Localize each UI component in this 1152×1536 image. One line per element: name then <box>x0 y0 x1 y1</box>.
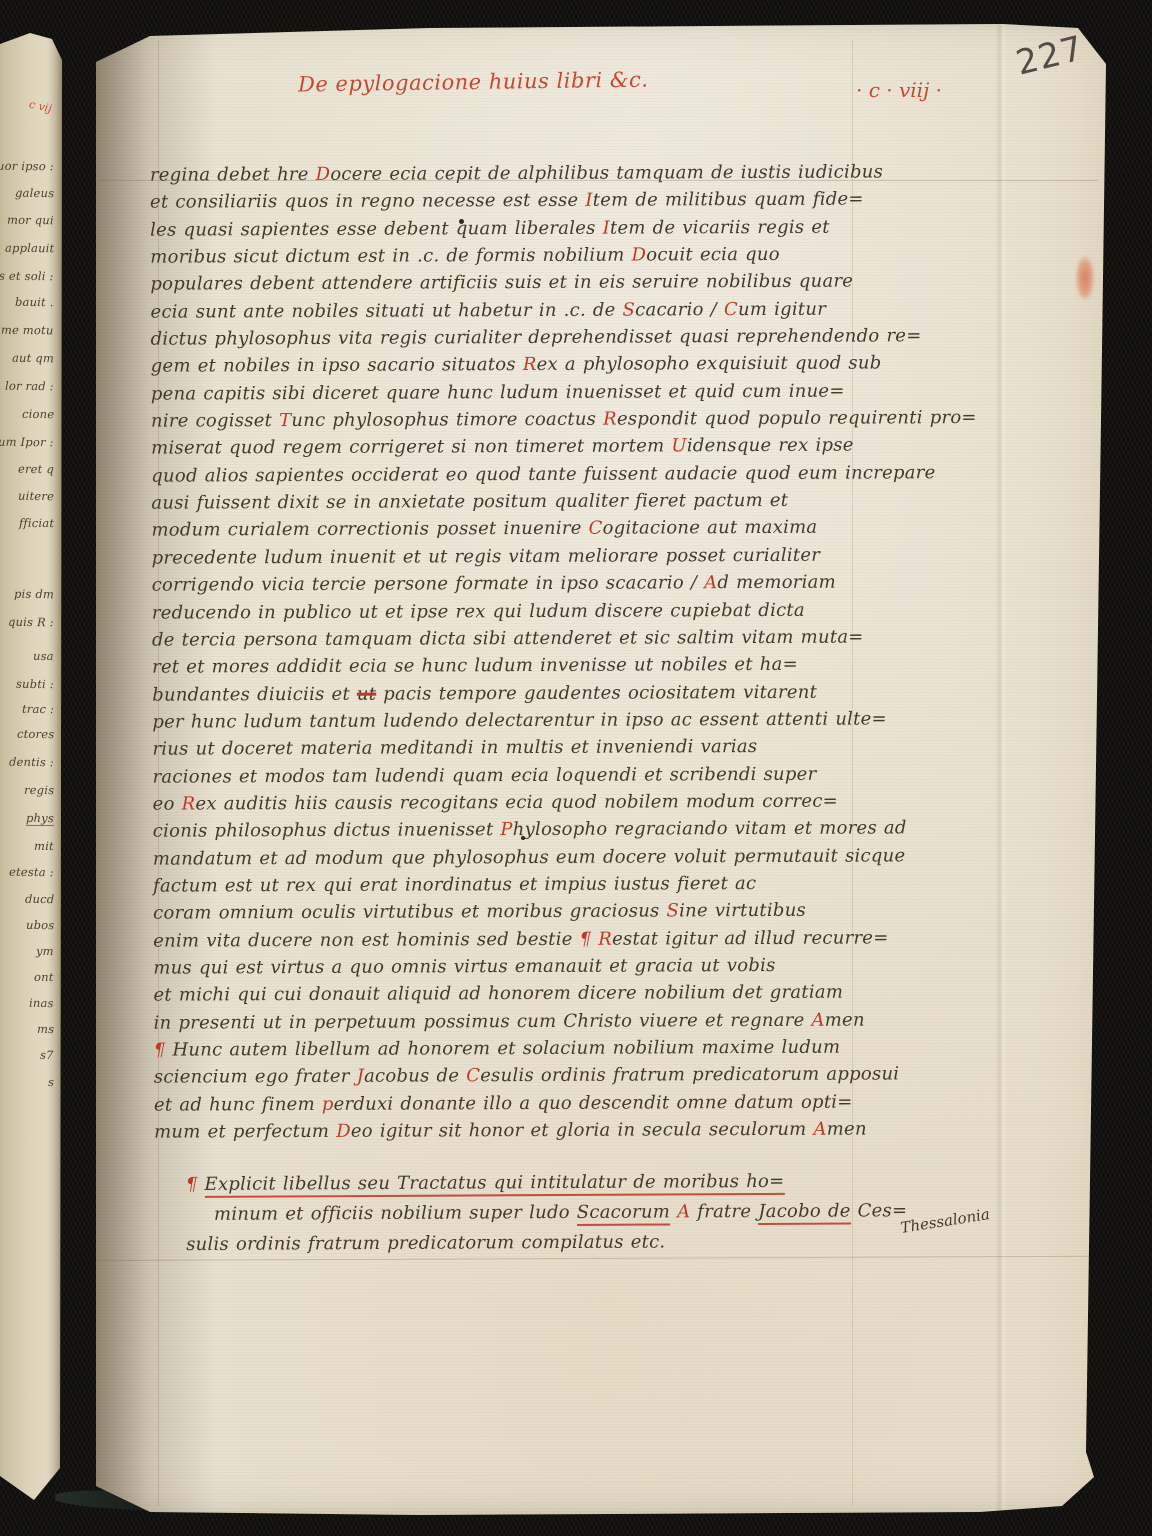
text-line: cionis philosophus dictus inuenisset Phy… <box>153 815 905 846</box>
text-segment: ocuit ecia quo <box>646 244 780 266</box>
margin-fragment: ms <box>37 1023 54 1035</box>
text-line: precedente ludum inuenit et ut regis vit… <box>152 541 904 572</box>
ink-dot <box>521 836 525 840</box>
text-line: et ad hunc finem perduxi donante illo a … <box>154 1088 906 1119</box>
chapter-number: · c · viij · <box>856 78 942 102</box>
rubric-mark: D <box>631 245 646 266</box>
margin-fragment: fficiat <box>19 517 54 529</box>
margin-fragment: phys <box>26 812 54 826</box>
rubric-mark: R <box>603 409 617 430</box>
text-segment: ex a phylosopho exquisiuit quod sub <box>537 353 882 376</box>
text-segment: acobus de <box>364 1066 466 1087</box>
rubric-mark: A <box>677 1201 690 1222</box>
manuscript-photo: c vij uor ipso :galeusmor quiapplauits e… <box>0 0 1152 1536</box>
text-segment: coram omnium oculis virtutibus et moribu… <box>153 901 666 924</box>
text-line: nire cogisset Tunc phylosophus timore co… <box>151 404 903 435</box>
rubric-mark: D <box>316 164 331 185</box>
text-segment: bundantes diuiciis et <box>152 683 357 705</box>
text-segment: les quasi sapientes esse debent quam lib… <box>150 217 603 240</box>
text-segment: erduxi donante illo a quo descendit omne… <box>334 1091 853 1114</box>
text-line: coram omnium oculis virtutibus et moribu… <box>153 897 905 928</box>
text-line: per hunc ludum tantum ludendo delectaren… <box>152 705 904 736</box>
text-segment: sulis ordinis fratrum predicatorum compi… <box>186 1231 665 1255</box>
text-line: gem et nobiles in ipso sacario situatos … <box>151 350 903 381</box>
margin-fragment: s <box>48 1076 54 1088</box>
text-segment: gem et nobiles in ipso sacario situatos <box>151 354 523 377</box>
ink-dot <box>459 219 464 224</box>
margin-fragment: subti : <box>16 678 54 690</box>
margin-fragment: aut qm <box>12 352 54 364</box>
explicit-line: sulis ordinis fratrum predicatorum compi… <box>186 1226 946 1260</box>
text-segment: corrigendo vicia tercie persone formate … <box>152 572 705 595</box>
rubric-mark: ¶ <box>186 1174 205 1195</box>
text-segment: cionis philosophus dictus inuenisset <box>153 819 501 842</box>
text-segment: ex auditis hiis causis recogitans ecia q… <box>195 791 838 815</box>
text-line: eo Rex auditis hiis causis recogitans ec… <box>153 787 905 818</box>
rubric-mark: T <box>279 410 291 431</box>
text-segment: per hunc ludum tantum ludendo delectaren… <box>152 708 887 732</box>
text-segment: raciones et modos tam ludendi quam ecia … <box>152 763 816 787</box>
text-line: regina debet hre Docere ecia cepit de al… <box>150 158 902 189</box>
text-segment: rius ut doceret materia meditandi in mul… <box>152 736 757 760</box>
text-segment: populares debent attendere artificiis su… <box>150 271 853 295</box>
margin-fragment: applauit <box>5 242 55 255</box>
red-smudge <box>1076 256 1094 300</box>
text-segment: Jacobo de <box>758 1201 850 1225</box>
text-line: mus qui est virtus a quo omnis virtus em… <box>153 951 905 982</box>
rubric-mark: S <box>622 299 635 320</box>
text-segment: factum est ut rex qui erat inordinatus e… <box>153 873 756 897</box>
folio-number: 227 <box>1012 28 1088 83</box>
text-line: miserat quod regem corrigeret si non tim… <box>151 432 903 463</box>
text-segment: pacis tempore gaudentes ociositatem vita… <box>376 681 817 704</box>
rubric-mark: R <box>523 354 537 375</box>
margin-fragment: ym <box>36 945 54 957</box>
previous-page-corner-mark: c vij <box>28 98 53 115</box>
text-segment: et michi qui cui donauit aliquid ad hono… <box>153 982 843 1006</box>
text-segment: ecia sunt ante nobiles situati ut habetu… <box>150 299 622 322</box>
rubric-mark: D <box>336 1121 351 1142</box>
text-segment: ut <box>357 683 376 704</box>
text-segment: tem de militibus quam fide= <box>593 189 864 211</box>
text-line: les quasi sapientes esse debent quam lib… <box>150 213 902 244</box>
text-line: et michi qui cui donauit aliquid ad hono… <box>153 979 905 1010</box>
margin-fragment: s et soli : <box>0 270 54 283</box>
margin-fragment: ubos <box>26 919 55 931</box>
text-line: raciones et modos tam ludendi quam ecia … <box>152 760 904 791</box>
text-segment: esulis ordinis fratrum predicatorum appo… <box>480 1064 899 1087</box>
text-segment: eo igitur sit honor et gloria in secula … <box>351 1119 814 1142</box>
margin-fragment: usa <box>33 650 54 662</box>
text-segment: pena capitis sibi diceret quare hunc lud… <box>151 380 845 404</box>
rubric-mark: ¶ <box>154 1040 173 1061</box>
text-line: de tercia persona tamquam dicta sibi att… <box>152 623 904 654</box>
text-segment: mandatum et ad modum que phylosophus eum… <box>153 845 906 869</box>
margin-fragment: um Ipor : <box>0 436 54 449</box>
rubric-mark: S <box>666 901 679 922</box>
text-line: ¶ Hunc autem libellum ad honorem et sola… <box>154 1033 906 1064</box>
explicit-block: ¶ Explicit libellus seu Tractatus qui in… <box>186 1166 946 1260</box>
text-line: reducendo in publico ut et ipse rex qui … <box>152 596 904 627</box>
margin-fragment: ime motu <box>0 324 54 337</box>
rubric-mark: I <box>603 217 610 238</box>
text-line: moribus sicut dictum est in .c. de formi… <box>150 240 902 271</box>
text-segment: modum curialem correctionis posset inuen… <box>151 518 588 541</box>
text-line: et consiliariis quos in regno necesse es… <box>150 186 902 217</box>
text-segment: quod alios sapientes occiderat eo quod t… <box>151 462 935 486</box>
text-segment: sciencium ego frater <box>154 1066 357 1088</box>
text-segment: de tercia persona tamquam dicta sibi att… <box>152 626 864 650</box>
text-segment: nire cogisset <box>151 410 279 432</box>
text-line: ecia sunt ante nobiles situati ut habetu… <box>150 295 902 326</box>
text-line: bundantes diuiciis et ut pacis tempore g… <box>152 678 904 709</box>
rubric-mark: C <box>466 1066 480 1087</box>
text-segment: enim vita ducere non est hominis sed bes… <box>153 928 579 951</box>
rubric-mark: I <box>585 190 592 211</box>
text-segment: Scacorum <box>577 1201 670 1225</box>
rubric-mark: P <box>500 819 512 840</box>
text-segment: um igitur <box>738 298 826 319</box>
text-segment: in presenti ut in perpetuum possimus cum… <box>154 1009 812 1033</box>
rubric-mark: R <box>598 928 612 949</box>
text-line: quod alios sapientes occiderat eo quod t… <box>151 459 903 490</box>
text-segment: ret et mores addidit ecia se hunc ludum … <box>152 654 798 678</box>
text-segment: estat igitur ad illud recurre= <box>612 927 889 949</box>
margin-fragment: etesta : <box>9 866 54 878</box>
margin-fragment: dentis : <box>9 756 54 768</box>
text-segment: mus qui est virtus a quo omnis virtus em… <box>153 955 775 979</box>
previous-page-edge: c vij uor ipso :galeusmor quiapplauits e… <box>0 0 66 1536</box>
text-segment: tem de vicariis regis et <box>610 216 830 238</box>
text-segment: mum et perfectum <box>154 1121 336 1143</box>
margin-fragment: ctores <box>17 728 55 740</box>
text-segment: precedente ludum inuenit et ut regis vit… <box>152 545 821 569</box>
text-segment: cacario / <box>635 299 724 320</box>
text-line: modum curialem correctionis posset inuen… <box>151 514 903 545</box>
text-segment: ausi fuissent dixit se in anxietate posi… <box>151 490 788 514</box>
margin-fragment: lor rad : <box>5 380 54 393</box>
rubric-mark: C <box>589 518 603 539</box>
text-segment: regina debet hre <box>150 164 316 186</box>
text-segment: men <box>827 1119 867 1140</box>
text-segment: espondit quod populo requirenti pro= <box>617 407 977 430</box>
margin-fragment: mit <box>34 840 54 852</box>
margin-fragment: mor qui <box>7 214 54 226</box>
text-segment: ine virtutibus <box>679 900 806 922</box>
margin-fragment: trac : <box>22 703 54 715</box>
text-line: in presenti ut in perpetuum possimus cum… <box>154 1006 906 1037</box>
text-segment: ocere ecia cepit de alphilibus tamquam d… <box>330 161 883 184</box>
text-line: ret et mores addidit ecia se hunc ludum … <box>152 651 904 682</box>
margin-fragment: galeus <box>15 187 54 199</box>
rubric-mark: A <box>813 1119 826 1140</box>
rubric-mark: C <box>724 299 738 320</box>
text-segment: eo <box>153 793 182 814</box>
text-line: enim vita ducere non est hominis sed bes… <box>153 924 905 955</box>
rubric-mark: U <box>671 436 687 457</box>
explicit-line: ¶ Explicit libellus seu Tractatus qui in… <box>186 1166 946 1200</box>
margin-fragment: quis R : <box>8 616 54 628</box>
text-segment: men <box>825 1009 865 1030</box>
running-title: De epylogacione huius libri &c. <box>298 68 649 97</box>
margin-fragment: uitere <box>18 490 54 502</box>
text-segment: miserat quod regem corrigeret si non tim… <box>151 436 671 459</box>
text-segment: unc phylosophus timore coactus <box>291 409 603 431</box>
text-segment: Explicit libellus seu Tractatus qui inti… <box>204 1171 784 1198</box>
text-line: populares debent attendere artificiis su… <box>150 268 902 299</box>
rubric-mark: A <box>704 572 717 593</box>
text-line: mandatum et ad modum que phylosophus eum… <box>153 842 905 873</box>
margin-fragment: bauit . <box>15 296 54 308</box>
text-segment: fratre <box>690 1201 758 1222</box>
text-line: corrigendo vicia tercie persone formate … <box>152 569 904 600</box>
text-segment: dictus phylosophus vita regis curialiter… <box>151 325 922 349</box>
text-segment: d memoriam <box>717 572 836 594</box>
margin-fragment: s7 <box>40 1049 54 1061</box>
text-segment: minum et officiis nobilium super ludo <box>214 1202 577 1225</box>
text-line: pena capitis sibi diceret quare hunc lud… <box>151 377 903 408</box>
text-segment: reducendo in publico ut et ipse rex qui … <box>152 599 805 623</box>
text-segment: ogitacione aut maxima <box>603 517 818 539</box>
text-line: sciencium ego frater Jacobus de Cesulis … <box>154 1061 906 1092</box>
text-segment: et ad hunc finem <box>154 1094 322 1116</box>
manuscript-page: De epylogacione huius libri &c. · c · vi… <box>0 0 1152 1536</box>
text-segment: moribus sicut dictum est in .c. de formi… <box>150 245 631 268</box>
margin-fragment: pis dm <box>14 588 54 600</box>
text-line: ausi fuissent dixit se in anxietate posi… <box>151 486 903 517</box>
text-line: factum est ut rex qui erat inordinatus e… <box>153 869 905 900</box>
margin-fragment: inas <box>29 997 54 1009</box>
rubric-mark: R <box>182 793 196 814</box>
margin-fragment: ducd <box>25 893 54 905</box>
margin-fragment: eret q <box>18 463 54 475</box>
main-text-block: regina debet hre Docere ecia cepit de al… <box>150 158 906 1146</box>
text-segment: idensque rex ipse <box>687 435 854 457</box>
text-line: rius ut doceret materia meditandi in mul… <box>152 733 904 764</box>
text-line: dictus phylosophus vita regis curialiter… <box>151 322 903 353</box>
text-segment: et consiliariis quos in regno necesse es… <box>150 190 585 213</box>
text-line: mum et perfectum Deo igitur sit honor et… <box>154 1115 906 1146</box>
margin-fragment: uor ipso : <box>0 160 54 173</box>
explicit-line: minum et officiis nobilium super ludo Sc… <box>214 1196 946 1230</box>
rubric-mark: A <box>811 1009 824 1030</box>
text-segment: hylosopho regraciando vitam et mores ad <box>513 818 907 841</box>
rubric-mark: p <box>322 1094 334 1115</box>
margin-fragment: regis <box>24 784 54 796</box>
margin-fragment: cione <box>22 408 54 420</box>
margin-fragment: ont <box>34 971 54 983</box>
rubric-mark: ¶ <box>580 928 599 949</box>
text-segment: Hunc autem libellum ad honorem et solaci… <box>172 1037 840 1061</box>
